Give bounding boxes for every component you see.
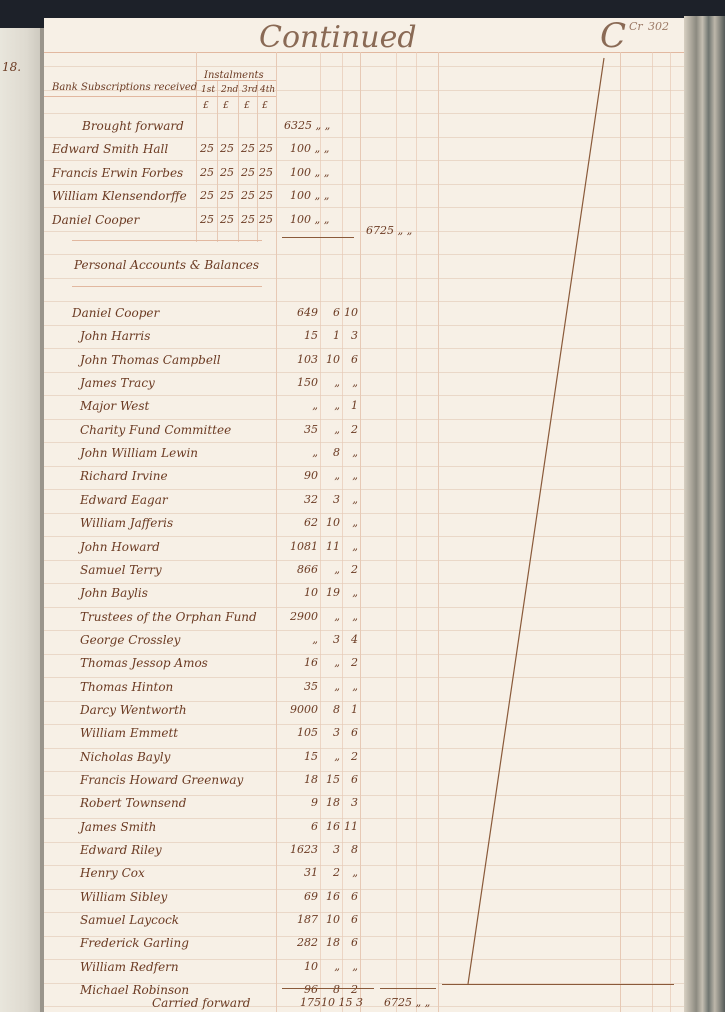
left-page-fragment: 18. xyxy=(2,60,21,74)
left-page-strip: 18. xyxy=(0,28,44,1012)
cancellation-diagonal xyxy=(44,18,684,1012)
page-edges xyxy=(684,16,725,1012)
ledger-page: Continued C Cr 302 Bank Subscriptions re… xyxy=(44,18,684,1012)
